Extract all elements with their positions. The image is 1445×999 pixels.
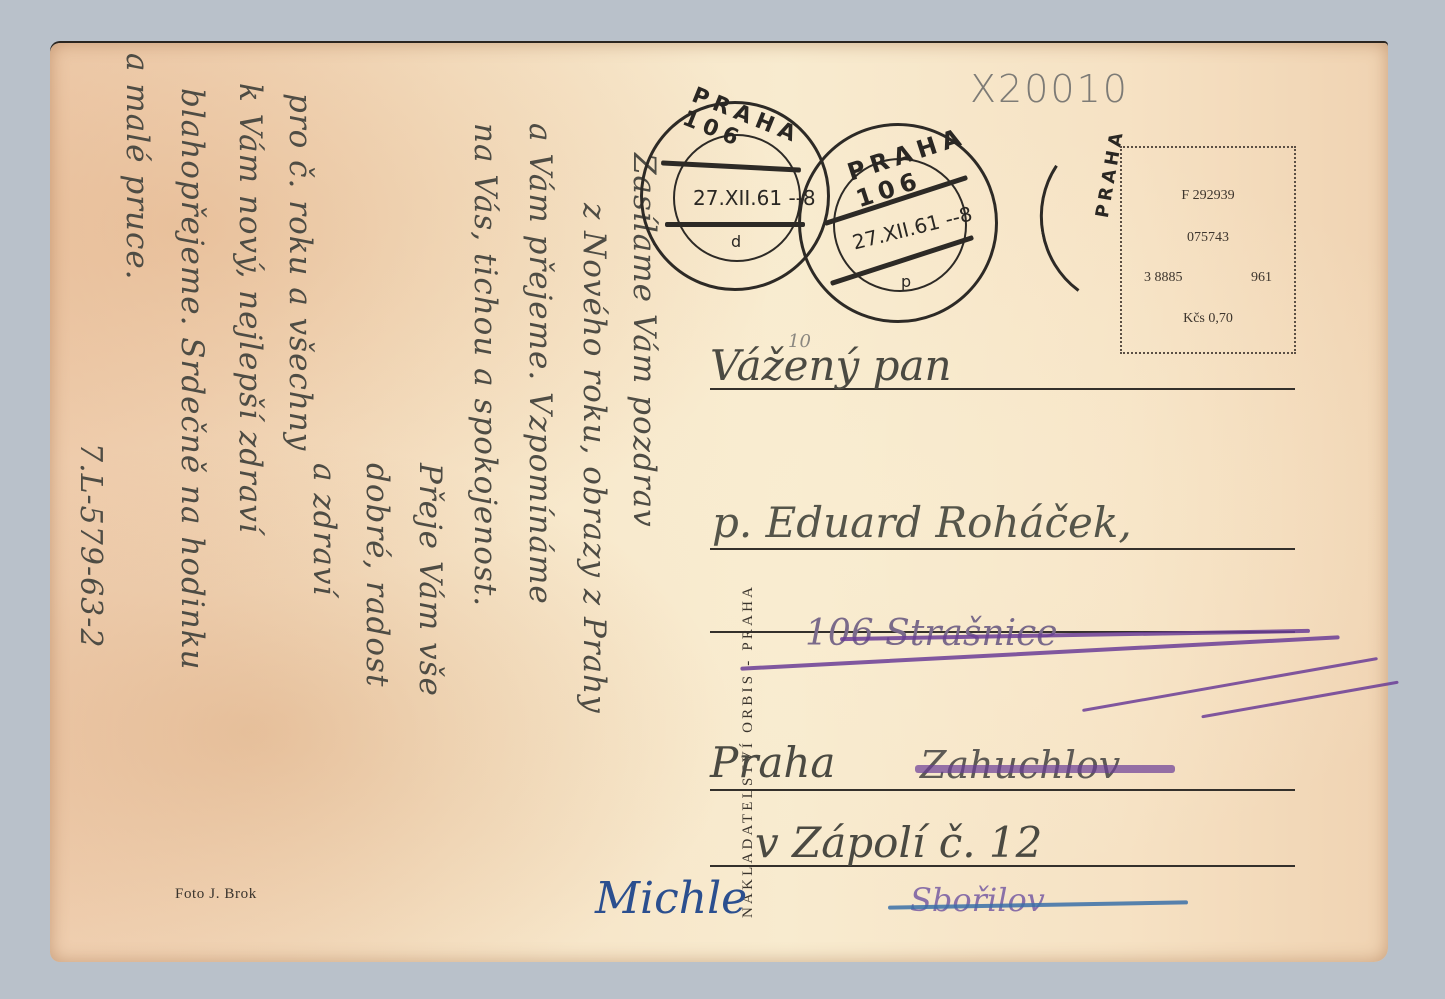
photo-credit: Foto J. Brok (175, 886, 257, 903)
stamp-number: 075743 (1122, 230, 1294, 246)
message-line: a Vám přejeme. Vzpomínáme (522, 123, 558, 605)
stamp-code-right: 961 (1251, 270, 1272, 286)
address-line-4 (710, 789, 1295, 791)
address-crossed-bottom: Sbořilov (910, 881, 1045, 919)
postmark-date: 27.XII.61 --8 (693, 186, 816, 210)
address-street: v Zápolí č. 12 (755, 818, 1042, 867)
message-line: a zdraví (306, 463, 342, 596)
violet-strikethrough (915, 765, 1175, 773)
message-line: pro č. roku a všechny (282, 93, 318, 451)
message-line: a malé pruce. (119, 53, 155, 281)
postmark-letter: d (731, 232, 741, 251)
address-salutation: Vážený pan (710, 341, 952, 390)
address-city: Praha (710, 738, 835, 787)
message-line: dobré, radost (359, 463, 395, 687)
postmark-letter: d (901, 274, 911, 293)
address-line-2 (710, 548, 1295, 550)
stamp-code-left: 3 8885 (1144, 270, 1183, 286)
message-line: na Vás, tichou a spokojenost. (467, 123, 503, 607)
violet-redirect-line (1082, 657, 1378, 712)
postmark-2: PRAHA 106 27.XII.61 --8 d (798, 123, 998, 323)
stamp-serial: F 292939 (1122, 188, 1294, 204)
stamp-imprint-box: F 292939 075743 3 8885 961 Kčs 0,70 (1120, 146, 1296, 354)
address-name: p. Eduard Roháček, (712, 498, 1132, 547)
blue-note: Michle (595, 873, 747, 924)
message-line: blahopřejeme. Srdečně na hodinku (174, 88, 210, 670)
catalog-number: X20010 (970, 67, 1129, 111)
pencil-note: 10 (788, 331, 811, 352)
message-line: k Vám nový, nejlepší zdraví (232, 83, 268, 534)
message-line: Přeje Vám vše (412, 463, 448, 697)
print-code: 7.L-579-63-2 (73, 443, 108, 648)
violet-redirect-line (1201, 681, 1398, 719)
postcard-back: X20010 Zasíláme Vám pozdrav z Nového rok… (50, 43, 1388, 962)
message-line: z Nového roku, obrazy z Prahy (576, 203, 612, 714)
stamp-price: Kčs 0,70 (1122, 311, 1294, 327)
